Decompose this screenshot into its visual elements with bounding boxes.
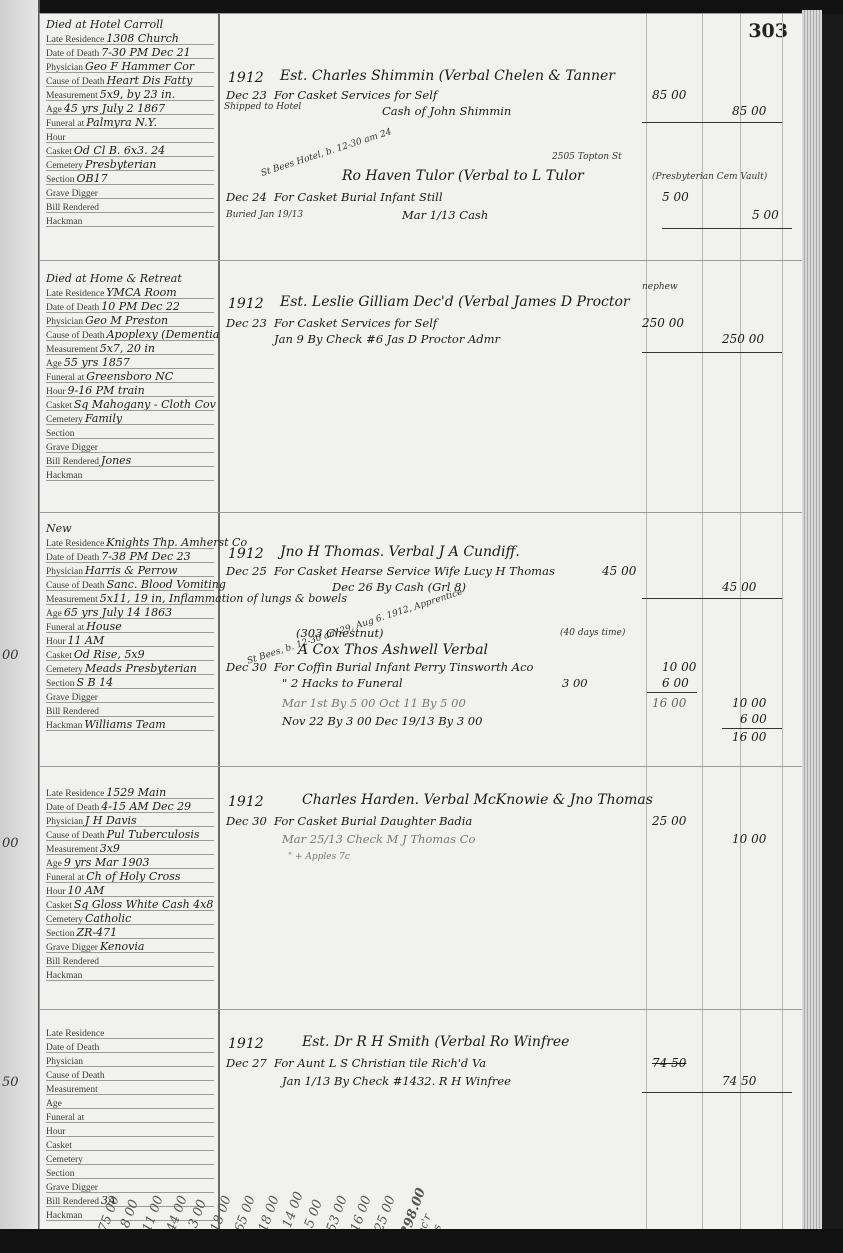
- field-bill-rendered: Bill Rendered: [40, 954, 218, 968]
- field-hour: Hour11 AM: [40, 634, 218, 648]
- entry-year: 1912: [228, 546, 264, 562]
- entry-date: Dec 25: [226, 564, 267, 578]
- field-casket: CasketSq Mahogany - Cloth Cov: [40, 398, 218, 412]
- field-casket: CasketOd Cl B. 6x3. 24: [40, 144, 218, 158]
- record-separator: [40, 260, 802, 261]
- credit-amount: 10 00: [732, 696, 766, 710]
- credit-amount: 45 00: [722, 580, 756, 594]
- entry-title: Est. Charles Shimmin (Verbal Chelen & Ta…: [280, 68, 615, 84]
- debit-amount: 5 00: [662, 190, 689, 204]
- field-grave-digger: Grave Digger: [40, 186, 218, 200]
- field-funeral-at: Funeral atCh of Holy Cross: [40, 870, 218, 884]
- previous-page-amount-mark: 50: [2, 1075, 19, 1090]
- field-casket: CasketOd Rise, 5x9: [40, 648, 218, 662]
- field-late-residence: Late ResidenceYMCA Room: [40, 286, 218, 300]
- total-rule: [642, 598, 782, 599]
- field-cemetery: CemeteryFamily: [40, 412, 218, 426]
- record-form: Died at Home & Retreat Late ResidenceYMC…: [40, 272, 218, 482]
- field-physician: PhysicianJ H Davis: [40, 814, 218, 828]
- entry-title: Jno H Thomas. Verbal J A Cundiff.: [280, 544, 520, 560]
- debit-amount: 74 50: [652, 1056, 686, 1070]
- entry-line-text: Mar 25/13 Check M J Thomas Co: [282, 832, 475, 846]
- top-shadow: [0, 0, 843, 14]
- money-column-line: [702, 14, 703, 1229]
- subtotal-rule: [647, 692, 697, 693]
- record-separator: [40, 512, 802, 513]
- field-physician: Physician: [40, 1054, 218, 1068]
- credit-amount: 6 00: [740, 712, 767, 726]
- record-form: New Late ResidenceKnights Thp. Amherst C…: [40, 522, 218, 732]
- field-cemetery: CemeteryCatholic: [40, 912, 218, 926]
- field-late-residence: Late Residence: [40, 1026, 218, 1040]
- entry-title: Charles Harden. Verbal McKnowie & Jno Th…: [302, 792, 653, 808]
- field-cause-of-death: Cause of DeathHeart Dis Fatty: [40, 74, 218, 88]
- field-late-residence: Late ResidenceKnights Thp. Amherst Co: [40, 536, 218, 550]
- field-age: Age65 yrs July 14 1863: [40, 606, 218, 620]
- bottom-shadow: [0, 1229, 843, 1253]
- field-bill-rendered: Bill RenderedJones: [40, 454, 218, 468]
- tally-value: 3 00: [186, 1198, 210, 1230]
- field-section: SectionZR-471: [40, 926, 218, 940]
- money-column-line: [740, 14, 741, 1229]
- credit-amount: 10 00: [732, 832, 766, 846]
- field-physician: PhysicianHarris & Perrow: [40, 564, 218, 578]
- field-measurement: Measurement3x9: [40, 842, 218, 856]
- field-date-of-death: Date of Death7-38 PM Dec 23: [40, 550, 218, 564]
- tally-value: 11 00: [140, 1194, 167, 1234]
- entry-line-text: For Aunt L S Christian tile Rich'd Va: [274, 1056, 486, 1070]
- field-date-of-death: Date of Death: [40, 1040, 218, 1054]
- money-column-line: [782, 14, 783, 1229]
- entry-title: Est. Dr R H Smith (Verbal Ro Winfree: [302, 1034, 569, 1050]
- page-stack-edge: [802, 10, 822, 1235]
- previous-page-edge: 00 00 50: [0, 0, 40, 1253]
- entry-line-text: For Casket Services for Self: [274, 88, 437, 102]
- total-rule: [722, 728, 782, 729]
- field-cause-of-death: Cause of DeathSanc. Blood Vomiting: [40, 578, 218, 592]
- tally-value: 18 00: [208, 1194, 235, 1234]
- field-physician: PhysicianGeo F Hammer Cor: [40, 60, 218, 74]
- total-rule: [642, 122, 782, 123]
- previous-page-amount-mark: 00: [2, 836, 19, 851]
- field-measurement: Measurement5x11, 19 in, Inflammation of …: [40, 592, 218, 606]
- credit-amount: 85 00: [732, 104, 766, 118]
- entry-date: Dec 24: [226, 190, 267, 204]
- field-bill-rendered: Bill Rendered: [40, 200, 218, 214]
- entry-line-text: " + Apples 7c: [288, 852, 350, 862]
- debit-amount: 250 00: [642, 316, 684, 330]
- field-measurement: Measurement: [40, 1082, 218, 1096]
- record-heading: [40, 772, 218, 786]
- field-funeral-at: Funeral atHouse: [40, 620, 218, 634]
- field-casket: CasketSq Gloss White Cash 4x8: [40, 898, 218, 912]
- tally-value: 65 00: [232, 1194, 259, 1234]
- credit-total: 16 00: [732, 730, 766, 744]
- field-age: Age45 yrs July 2 1867: [40, 102, 218, 116]
- field-late-residence: Late Residence1308 Church: [40, 32, 218, 46]
- field-cause-of-death: Cause of Death: [40, 1068, 218, 1082]
- column-divider: [218, 14, 220, 1229]
- debit-amount: 16 00: [652, 696, 686, 710]
- title-note: nephew: [642, 282, 678, 292]
- field-cemetery: CemeteryPresbyterian: [40, 158, 218, 172]
- rate-note: 3 00: [562, 676, 588, 690]
- record-heading: [40, 1012, 218, 1026]
- debit-amount: 45 00: [602, 564, 636, 578]
- field-measurement: Measurement5x9, by 23 in.: [40, 88, 218, 102]
- field-date-of-death: Date of Death7-30 PM Dec 21: [40, 46, 218, 60]
- record-form: Died at Hotel Carroll Late Residence1308…: [40, 18, 218, 228]
- field-late-residence: Late Residence1529 Main: [40, 786, 218, 800]
- entry-year: 1912: [228, 70, 264, 86]
- entry-line-text: For Coffin Burial Infant Perry Tinsworth…: [274, 660, 533, 674]
- field-cause-of-death: Cause of DeathPul Tuberculosis: [40, 828, 218, 842]
- pencil-tally: 75 00 8 00 11 00 44 00 3 00 18 00 65 00 …: [110, 1119, 470, 1229]
- entry-date: Dec 30: [226, 814, 267, 828]
- field-cemetery: CemeteryMeads Presbyterian: [40, 662, 218, 676]
- entry-line-text: Jan 1/13 By Check #1432. R H Winfree: [282, 1074, 511, 1088]
- record-heading: Died at Hotel Carroll: [40, 18, 218, 32]
- tally-value: 44 00: [164, 1194, 191, 1234]
- entry-date: Buried Jan 19/13: [226, 210, 303, 220]
- debit-amount: 25 00: [652, 814, 686, 828]
- debit-amount: 10 00: [662, 660, 696, 674]
- entry-year: 1912: [228, 1036, 264, 1052]
- ledger-page: 303 Died at Hotel Carroll Late Residence…: [40, 14, 802, 1229]
- tally-value: 5 00: [302, 1198, 326, 1230]
- field-age: Age9 yrs Mar 1903: [40, 856, 218, 870]
- entry-title: A Cox Thos Ashwell Verbal: [298, 642, 488, 658]
- entry-year: 1912: [228, 296, 264, 312]
- total-rule: [662, 228, 792, 229]
- record-separator: [40, 1009, 802, 1010]
- total-rule: [642, 1092, 792, 1093]
- field-age: Age55 yrs 1857: [40, 356, 218, 370]
- field-grave-digger: Grave DiggerKenovia: [40, 940, 218, 954]
- tally-value: 18 00: [256, 1194, 283, 1234]
- field-section: SectionOB17: [40, 172, 218, 186]
- record-separator: [40, 766, 802, 767]
- entry-line-text: For Casket Burial Daughter Badia: [274, 814, 472, 828]
- credit-amount: 250 00: [722, 332, 764, 346]
- field-hour: Hour: [40, 130, 218, 144]
- entry-line-text: For Casket Burial Infant Still: [274, 190, 443, 204]
- field-physician: PhysicianGeo M Preston: [40, 314, 218, 328]
- field-age: Age: [40, 1096, 218, 1110]
- field-section: SectionS B 14: [40, 676, 218, 690]
- entry-line-text: Cash of John Shimmin: [382, 104, 511, 118]
- entry-date: Dec 23: [226, 316, 267, 330]
- entry-line-text: Mar 1st By 5 00 Oct 11 By 5 00: [282, 696, 466, 710]
- address-note: (303 Chestnut): [296, 626, 384, 640]
- field-hour: Hour10 AM: [40, 884, 218, 898]
- field-funeral-at: Funeral atPalmyra N.Y.: [40, 116, 218, 130]
- margin-note: Shipped to Hotel: [224, 102, 301, 112]
- entry-title: Est. Leslie Gilliam Dec'd (Verbal James …: [280, 294, 630, 310]
- field-funeral-at: Funeral atGreensboro NC: [40, 370, 218, 384]
- money-column-line: [646, 14, 647, 1229]
- field-section: Section: [40, 426, 218, 440]
- field-date-of-death: Date of Death4-15 AM Dec 29: [40, 800, 218, 814]
- field-grave-digger: Grave Digger: [40, 690, 218, 704]
- entry-date: Dec 23: [226, 88, 267, 102]
- entry-title: Ro Haven Tulor (Verbal to L Tulor: [342, 168, 584, 184]
- tally-value: 16 00: [348, 1194, 375, 1234]
- entry-date: Dec 30: [226, 660, 267, 674]
- entry-line-text: Nov 22 By 3 00 Dec 19/13 By 3 00: [282, 714, 482, 728]
- entry-line-text: For Casket Services for Self: [274, 316, 437, 330]
- field-hackman: Hackman: [40, 968, 218, 982]
- tally-value: 8 00: [118, 1198, 142, 1230]
- record-form: Late Residence1529 Main Date of Death4-1…: [40, 772, 218, 982]
- field-hour: Hour9-16 PM train: [40, 384, 218, 398]
- record-heading: Died at Home & Retreat: [40, 272, 218, 286]
- credit-amount: 74 50: [722, 1074, 756, 1088]
- tally-value: 25 00: [372, 1194, 399, 1234]
- cemetery-note: (Presbyterian Cem Vault): [652, 172, 767, 182]
- record-heading: New: [40, 522, 218, 536]
- entry-date: Dec 27: [226, 1056, 267, 1070]
- field-bill-rendered: Bill Rendered: [40, 704, 218, 718]
- field-date-of-death: Date of Death10 PM Dec 22: [40, 300, 218, 314]
- field-grave-digger: Grave Digger: [40, 440, 218, 454]
- entry-line-text: " 2 Hacks to Funeral: [282, 676, 403, 690]
- previous-page-amount-mark: 00: [2, 648, 19, 663]
- credit-amount: 5 00: [752, 208, 779, 222]
- tally-value: 53 00: [324, 1194, 351, 1234]
- entry-line-text: For Casket Hearse Service Wife Lucy H Th…: [274, 564, 555, 578]
- field-hackman: Hackman: [40, 214, 218, 228]
- field-hackman: HackmanWilliams Team: [40, 718, 218, 732]
- age-note: (40 days time): [560, 628, 625, 638]
- total-rule: [642, 352, 782, 353]
- entry-line-text: Mar 1/13 Cash: [402, 208, 488, 222]
- debit-amount: 85 00: [652, 88, 686, 102]
- entry-line-text: Jan 9 By Check #6 Jas D Proctor Admr: [274, 332, 500, 346]
- entry-year: 1912: [228, 794, 264, 810]
- field-measurement: Measurement5x7, 20 in: [40, 342, 218, 356]
- field-hackman: Hackman: [40, 468, 218, 482]
- address-note: 2505 Topton St: [552, 152, 622, 162]
- debit-amount: 6 00: [662, 676, 689, 690]
- field-cause-of-death: Cause of DeathApoplexy (Dementia: [40, 328, 218, 342]
